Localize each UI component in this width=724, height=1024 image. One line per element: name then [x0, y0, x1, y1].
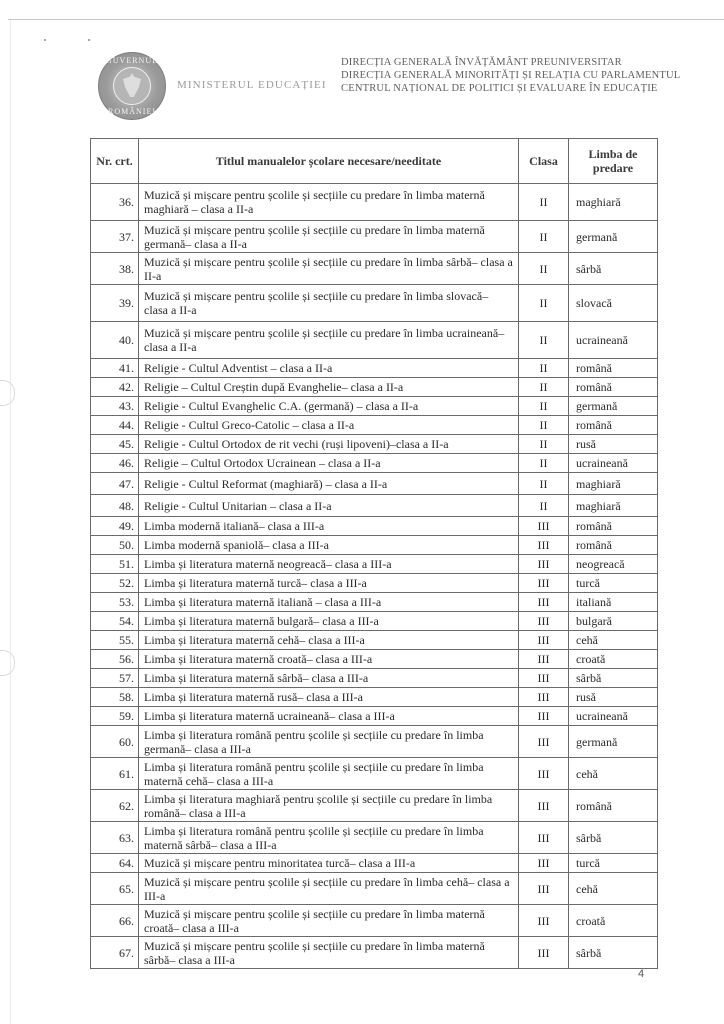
row-clasa: III [519, 536, 569, 555]
row-title: Muzică și mișcare pentru școlile și secț… [139, 253, 519, 285]
row-number: 56. [91, 650, 139, 669]
row-language: ucraineană [569, 454, 658, 473]
table-row: 57.Limba și literatura maternă sârbă– cl… [91, 669, 658, 688]
row-number: 58. [91, 688, 139, 707]
scan-edge-top [8, 19, 724, 20]
row-clasa: II [519, 322, 569, 359]
row-title: Limba și literatura maternă neogreacă– c… [139, 555, 519, 574]
row-number: 53. [91, 593, 139, 612]
row-language: cehă [569, 873, 658, 905]
row-language: germană [569, 726, 658, 758]
row-clasa: II [519, 253, 569, 285]
row-clasa: III [519, 873, 569, 905]
row-clasa: III [519, 726, 569, 758]
table-row: 58.Limba și literatura maternă rusă– cla… [91, 688, 658, 707]
table-row: 45.Religie - Cultul Ortodox de rit vechi… [91, 435, 658, 454]
seal-text-bottom: ROMÂNIEI [99, 107, 165, 116]
government-seal-icon: GUVERNUL ROMÂNIEI [98, 52, 166, 120]
table-body: 36.Muzică și mișcare pentru școlile și s… [91, 184, 658, 969]
row-number: 46. [91, 454, 139, 473]
table-row: 67.Muzică și mișcare pentru școlile și s… [91, 937, 658, 969]
table-row: 62.Limba și literatura maghiară pentru ș… [91, 790, 658, 822]
row-number: 63. [91, 822, 139, 854]
row-language: sârbă [569, 937, 658, 969]
row-language: maghiară [569, 184, 658, 221]
row-number: 50. [91, 536, 139, 555]
row-title: Muzică și mișcare pentru școlile și secț… [139, 905, 519, 937]
row-title: Religie - Cultul Adventist – clasa a II-… [139, 359, 519, 378]
row-number: 65. [91, 873, 139, 905]
row-clasa: II [519, 416, 569, 435]
row-language: ucraineană [569, 322, 658, 359]
row-title: Limba și literatura maternă croată– clas… [139, 650, 519, 669]
row-language: maghiară [569, 473, 658, 495]
row-language: italiană [569, 593, 658, 612]
row-language: ucraineană [569, 707, 658, 726]
row-language: maghiară [569, 495, 658, 517]
row-title: Muzică și mișcare pentru școlile și secț… [139, 937, 519, 969]
row-title: Religie - Cultul Greco-Catolic – clasa a… [139, 416, 519, 435]
table-row: 39.Muzică și mișcare pentru școlile și s… [91, 285, 658, 322]
column-header-nr: Nr. crt. [91, 139, 139, 184]
row-number: 66. [91, 905, 139, 937]
punch-hole-mark [0, 380, 15, 406]
row-title: Muzică și mișcare pentru școlile și secț… [139, 873, 519, 905]
row-number: 47. [91, 473, 139, 495]
row-clasa: III [519, 650, 569, 669]
row-language: cehă [569, 758, 658, 790]
row-clasa: III [519, 822, 569, 854]
row-language: neogreacă [569, 555, 658, 574]
table-row: 50.Limba modernă spaniolă– clasa a III-a… [91, 536, 658, 555]
table-row: 48.Religie - Cultul Unitarian – clasa a … [91, 495, 658, 517]
row-title: Religie – Cultul Creștin după Evanghelie… [139, 378, 519, 397]
column-header-lang: Limba de predare [569, 139, 658, 184]
row-number: 57. [91, 669, 139, 688]
table-row: 55.Limba și literatura maternă cehă– cla… [91, 631, 658, 650]
table-row: 54.Limba și literatura maternă bulgară– … [91, 612, 658, 631]
row-number: 37. [91, 221, 139, 253]
row-language: croată [569, 905, 658, 937]
table-row: 40.Muzică și mișcare pentru școlile și s… [91, 322, 658, 359]
row-title: Limba modernă italiană– clasa a III-a [139, 517, 519, 536]
table-row: 56.Limba și literatura maternă croată– c… [91, 650, 658, 669]
row-clasa: II [519, 285, 569, 322]
table-row: 41.Religie - Cultul Adventist – clasa a … [91, 359, 658, 378]
row-clasa: III [519, 937, 569, 969]
directorate-line: DIRECȚIA GENERALĂ ÎNVĂȚĂMÂNT PREUNIVERSI… [341, 56, 680, 69]
row-language: română [569, 536, 658, 555]
seal-text-top: GUVERNUL [99, 56, 165, 65]
ministry-name: MINISTERUL EDUCAȚIEI [177, 79, 327, 91]
row-language: română [569, 416, 658, 435]
row-clasa: II [519, 184, 569, 221]
row-language: sârbă [569, 822, 658, 854]
scan-speck [88, 39, 90, 41]
row-title: Limba și literatura maternă bulgară– cla… [139, 612, 519, 631]
row-number: 64. [91, 854, 139, 873]
row-number: 36. [91, 184, 139, 221]
table-row: 42.Religie – Cultul Creștin după Evanghe… [91, 378, 658, 397]
row-clasa: III [519, 517, 569, 536]
row-number: 60. [91, 726, 139, 758]
row-language: cehă [569, 631, 658, 650]
row-clasa: III [519, 707, 569, 726]
row-clasa: III [519, 669, 569, 688]
row-language: română [569, 790, 658, 822]
row-clasa: III [519, 612, 569, 631]
row-title: Muzică și mișcare pentru școlile și secț… [139, 184, 519, 221]
table-row: 51.Limba și literatura maternă neogreacă… [91, 555, 658, 574]
row-title: Muzică și mișcare pentru școlile și secț… [139, 322, 519, 359]
table-row: 53.Limba și literatura maternă italiană … [91, 593, 658, 612]
page-number: 4 [638, 968, 644, 980]
row-number: 43. [91, 397, 139, 416]
row-number: 41. [91, 359, 139, 378]
row-number: 61. [91, 758, 139, 790]
row-title: Religie - Cultul Ortodox de rit vechi (r… [139, 435, 519, 454]
row-clasa: III [519, 631, 569, 650]
row-clasa: II [519, 454, 569, 473]
row-clasa: III [519, 555, 569, 574]
row-language: turcă [569, 574, 658, 593]
row-clasa: III [519, 790, 569, 822]
table-row: 44.Religie - Cultul Greco-Catolic – clas… [91, 416, 658, 435]
row-title: Muzică și mișcare pentru minoritatea tur… [139, 854, 519, 873]
table-row: 61.Limba și literatura română pentru șco… [91, 758, 658, 790]
row-title: Limba și literatura maghiară pentru școl… [139, 790, 519, 822]
table-row: 47.Religie - Cultul Reformat (maghiară) … [91, 473, 658, 495]
row-clasa: II [519, 495, 569, 517]
row-title: Limba și literatura română pentru școlil… [139, 758, 519, 790]
row-number: 55. [91, 631, 139, 650]
directorate-line: CENTRUL NAȚIONAL DE POLITICI ȘI EVALUARE… [341, 82, 680, 95]
row-clasa: III [519, 854, 569, 873]
directorates-block: DIRECȚIA GENERALĂ ÎNVĂȚĂMÂNT PREUNIVERSI… [341, 56, 680, 95]
row-clasa: II [519, 359, 569, 378]
table-row: 46.Religie – Cultul Ortodox Ucrainean – … [91, 454, 658, 473]
row-language: română [569, 359, 658, 378]
table-row: 63.Limba și literatura română pentru șco… [91, 822, 658, 854]
table-row: 52.Limba și literatura maternă turcă– cl… [91, 574, 658, 593]
row-title: Limba modernă spaniolă– clasa a III-a [139, 536, 519, 555]
row-language: sârbă [569, 253, 658, 285]
table-row: 37.Muzică și mișcare pentru școlile și s… [91, 221, 658, 253]
row-clasa: II [519, 221, 569, 253]
row-number: 42. [91, 378, 139, 397]
row-number: 67. [91, 937, 139, 969]
row-language: română [569, 517, 658, 536]
table-row: 36.Muzică și mișcare pentru școlile și s… [91, 184, 658, 221]
row-title: Religie – Cultul Ortodox Ucrainean – cla… [139, 454, 519, 473]
table-row: 43.Religie - Cultul Evanghelic C.A. (ger… [91, 397, 658, 416]
table-row: 65.Muzică și mișcare pentru școlile și s… [91, 873, 658, 905]
row-title: Limba și literatura română pentru școlil… [139, 822, 519, 854]
row-title: Limba și literatura maternă cehă– clasa … [139, 631, 519, 650]
row-title: Religie - Cultul Evanghelic C.A. (german… [139, 397, 519, 416]
column-header-clasa: Clasa [519, 139, 569, 184]
table-row: 59.Limba și literatura maternă ucrainean… [91, 707, 658, 726]
table-header-row: Nr. crt. Titlul manualelor școlare neces… [91, 139, 658, 184]
row-clasa: III [519, 758, 569, 790]
row-language: rusă [569, 688, 658, 707]
row-language: turcă [569, 854, 658, 873]
table-row: 66.Muzică și mișcare pentru școlile și s… [91, 905, 658, 937]
row-number: 52. [91, 574, 139, 593]
row-number: 48. [91, 495, 139, 517]
row-language: slovacă [569, 285, 658, 322]
row-title: Religie - Cultul Unitarian – clasa a II-… [139, 495, 519, 517]
directorate-line: DIRECȚIA GENERALĂ MINORITĂȚI ȘI RELAȚIA … [341, 69, 680, 82]
row-title: Limba și literatura maternă turcă– clasa… [139, 574, 519, 593]
column-header-title: Titlul manualelor școlare necesare/needi… [139, 139, 519, 184]
row-number: 59. [91, 707, 139, 726]
punch-hole-mark [0, 650, 15, 676]
row-clasa: II [519, 435, 569, 454]
row-language: croată [569, 650, 658, 669]
row-clasa: II [519, 397, 569, 416]
row-language: germană [569, 221, 658, 253]
row-language: rusă [569, 435, 658, 454]
scan-speck [44, 39, 46, 41]
row-title: Limba și literatura română pentru școlil… [139, 726, 519, 758]
table-row: 38.Muzică și mișcare pentru școlile și s… [91, 253, 658, 285]
document-header: GUVERNUL ROMÂNIEI MINISTERUL EDUCAȚIEI D… [98, 52, 698, 122]
row-language: bulgară [569, 612, 658, 631]
row-clasa: III [519, 688, 569, 707]
scan-edge-left [10, 20, 11, 1024]
row-title: Muzică și mișcare pentru școlile și secț… [139, 221, 519, 253]
row-number: 62. [91, 790, 139, 822]
row-number: 45. [91, 435, 139, 454]
row-language: sârbă [569, 669, 658, 688]
row-title: Limba și literatura maternă ucraineană– … [139, 707, 519, 726]
row-title: Limba și literatura maternă italiană – c… [139, 593, 519, 612]
row-title: Religie - Cultul Reformat (maghiară) – c… [139, 473, 519, 495]
row-clasa: II [519, 378, 569, 397]
row-title: Muzică și mișcare pentru școlile și secț… [139, 285, 519, 322]
row-number: 40. [91, 322, 139, 359]
textbooks-table: Nr. crt. Titlul manualelor școlare neces… [90, 138, 658, 969]
row-number: 44. [91, 416, 139, 435]
table-row: 60.Limba și literatura română pentru șco… [91, 726, 658, 758]
row-title: Limba și literatura maternă rusă– clasa … [139, 688, 519, 707]
row-clasa: III [519, 905, 569, 937]
row-number: 49. [91, 517, 139, 536]
row-clasa: III [519, 574, 569, 593]
table-row: 49.Limba modernă italiană– clasa a III-a… [91, 517, 658, 536]
row-clasa: III [519, 593, 569, 612]
row-number: 39. [91, 285, 139, 322]
row-language: germană [569, 397, 658, 416]
row-language: română [569, 378, 658, 397]
row-number: 51. [91, 555, 139, 574]
table-row: 64.Muzică și mișcare pentru minoritatea … [91, 854, 658, 873]
row-number: 38. [91, 253, 139, 285]
row-title: Limba și literatura maternă sârbă– clasa… [139, 669, 519, 688]
row-clasa: II [519, 473, 569, 495]
row-number: 54. [91, 612, 139, 631]
